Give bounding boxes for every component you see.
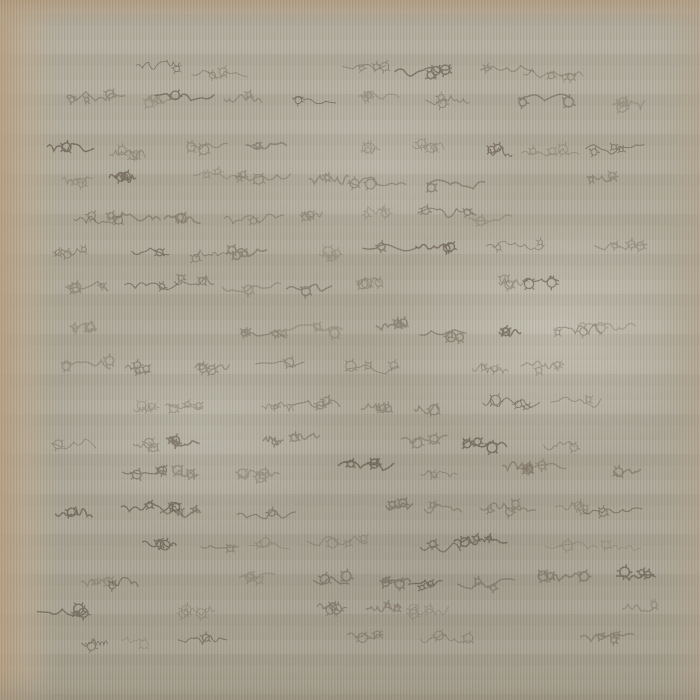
rug-photo	[0, 0, 700, 700]
weave-lines	[0, 0, 700, 700]
